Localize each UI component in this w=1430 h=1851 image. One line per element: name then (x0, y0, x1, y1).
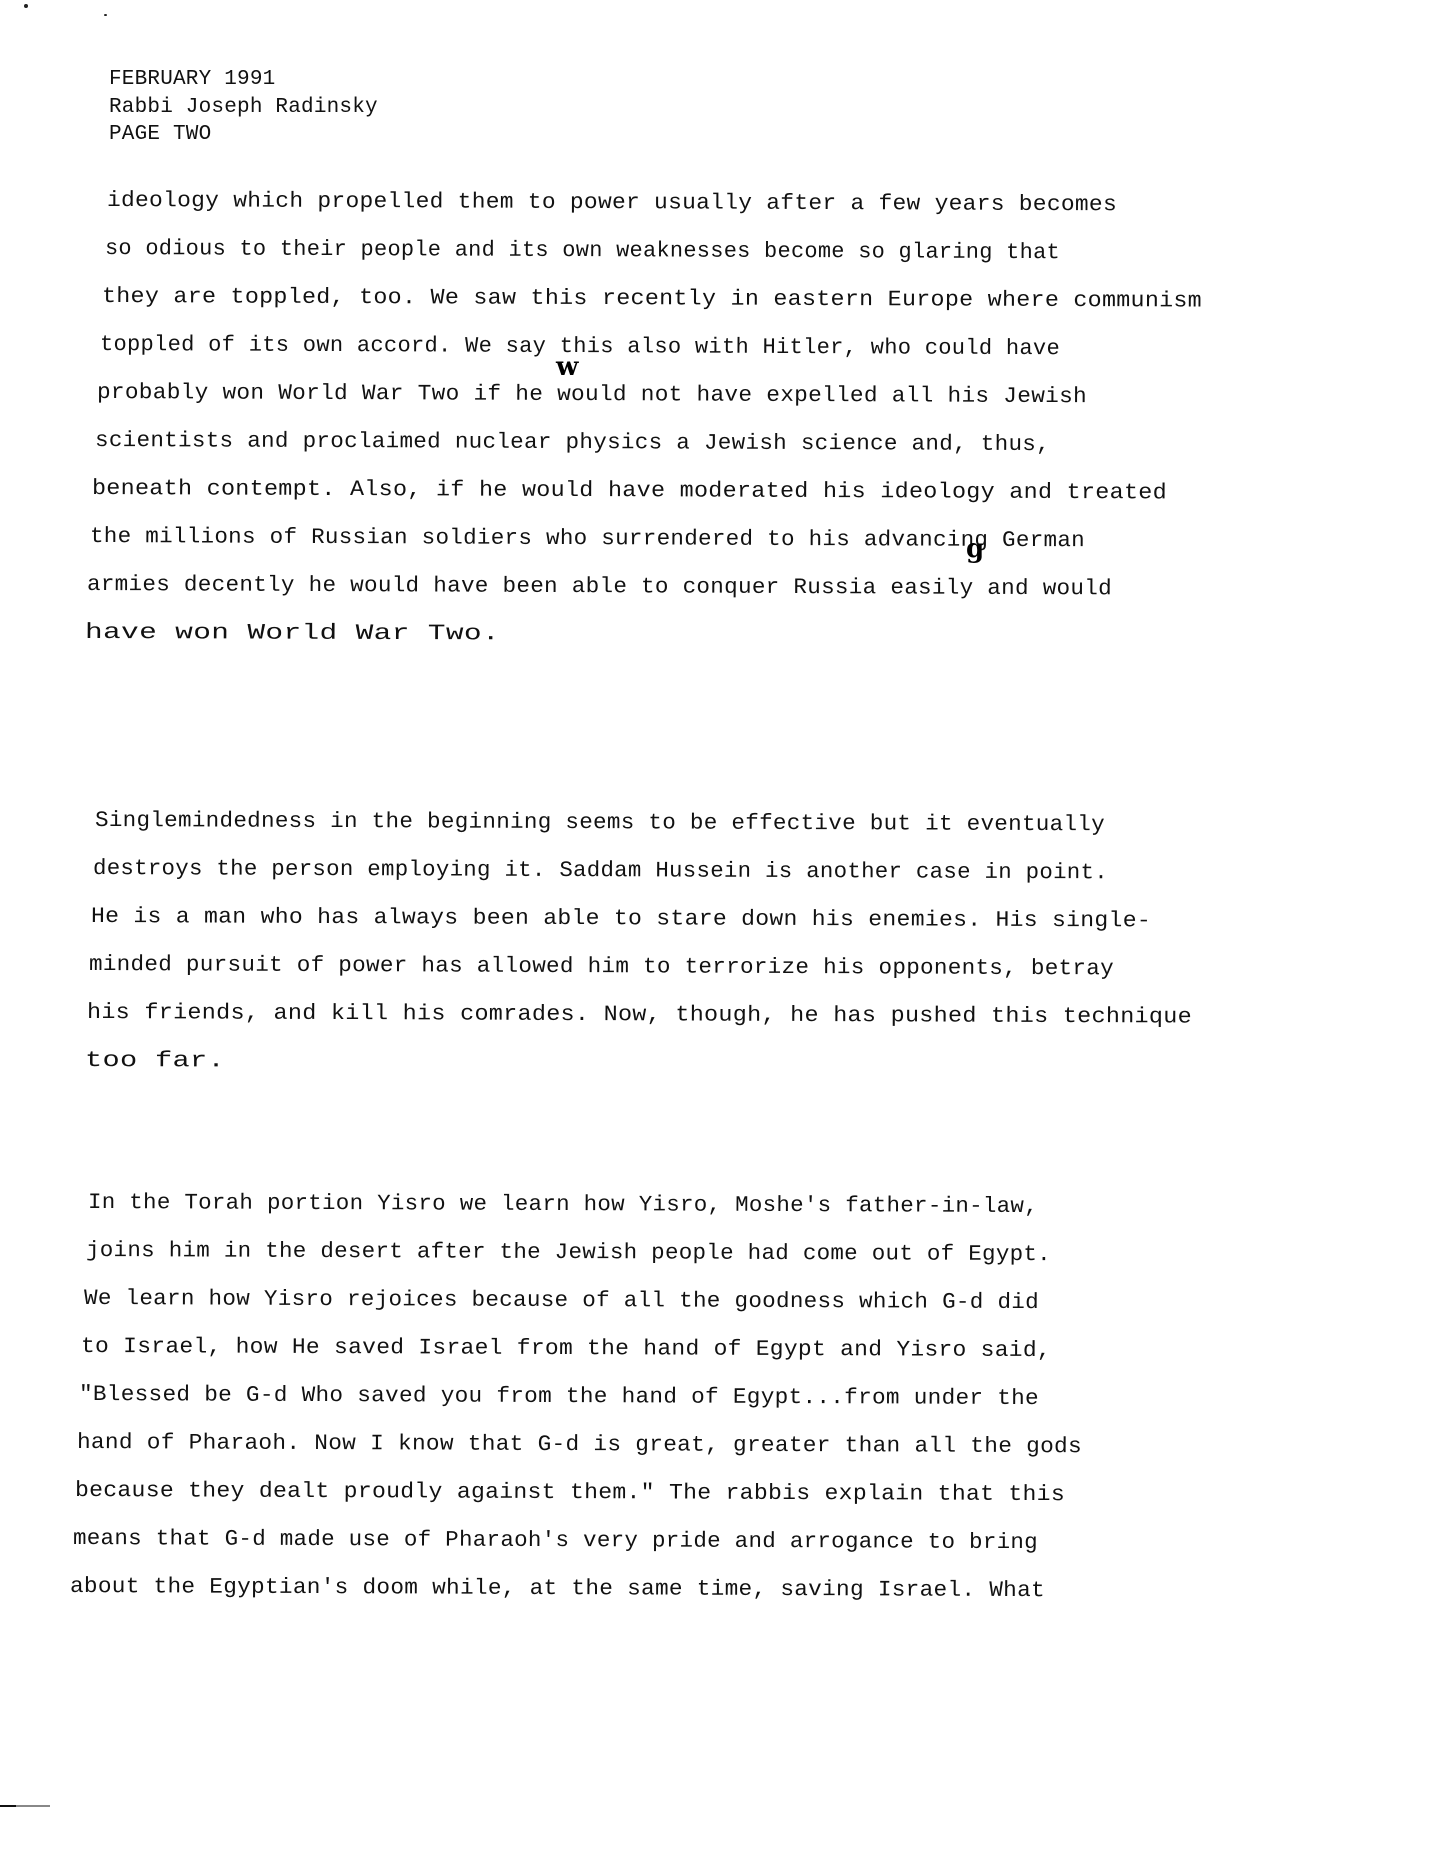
body-text-line: In the Torah portion Yisro we learn how … (88, 1190, 1038, 1220)
header-author: Rabbi Joseph Radinsky (109, 96, 378, 120)
body-text-line: his friends, and kill his comrades. Now,… (87, 1000, 1192, 1031)
body-text-line: We learn how Yisro rejoices because of a… (84, 1286, 1039, 1316)
body-text-line: about the Egyptian's doom while, at the … (70, 1574, 1045, 1604)
header-page: PAGE TWO (109, 123, 211, 147)
handwritten-correction-w: w (556, 352, 578, 382)
scan-speck (24, 4, 28, 8)
body-text-line: "Blessed be G-d Who saved you from the h… (79, 1382, 1039, 1412)
body-text-line: too far. (85, 1048, 225, 1074)
body-text-line: Singlemindedness in the beginning seems … (95, 808, 1105, 838)
footer-rule-shadow (16, 1805, 50, 1807)
scan-speck (104, 14, 107, 16)
body-text-line: ideology which propelled them to power u… (107, 188, 1117, 218)
body-text-line: they are toppled, too. We saw this recen… (102, 284, 1202, 315)
body-text-line: beneath contempt. Also, if he would have… (92, 476, 1167, 506)
body-text-line: probably won World War Two if he would n… (97, 380, 1087, 410)
handwritten-correction-g: g (966, 534, 984, 564)
header-date: FEBRUARY 1991 (109, 68, 275, 92)
body-text-line: He is a man who has always been able to … (91, 904, 1151, 934)
body-text-line: so odious to their people and its own we… (104, 236, 1059, 266)
body-text-line: means that G-d made use of Pharaoh's ver… (73, 1526, 1038, 1556)
body-text-line: toppled of its own accord. We say this a… (99, 332, 1059, 362)
body-text-line: armies decently he would have been able … (87, 572, 1112, 602)
body-text-line: hand of Pharaoh. Now I know that G-d is … (77, 1430, 1082, 1460)
body-text-line: because they dealt proudly against them.… (75, 1478, 1065, 1508)
body-text-line: joins him in the desert after the Jewish… (86, 1238, 1051, 1268)
body-text-line: scientists and proclaimed nuclear physic… (94, 428, 1049, 458)
body-text-line: to Israel, how He saved Israel from the … (81, 1334, 1051, 1364)
body-text-line: the millions of Russian soldiers who sur… (89, 524, 1084, 554)
body-text-line: have won World War Two. (84, 620, 499, 647)
body-text-line: minded pursuit of power has allowed him … (89, 952, 1114, 982)
body-text-line: destroys the person employing it. Saddam… (93, 856, 1108, 886)
